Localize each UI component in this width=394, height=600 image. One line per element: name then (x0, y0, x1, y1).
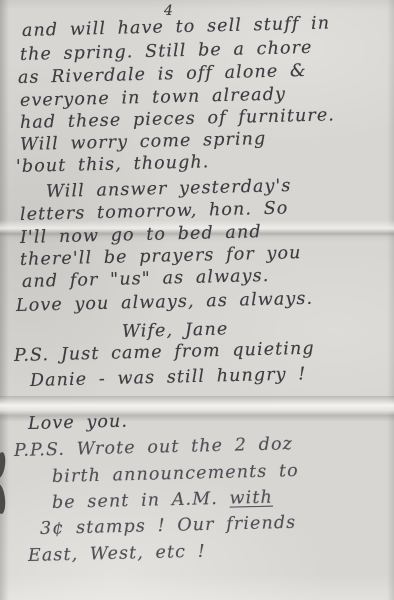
signature: Wife, Jane (122, 319, 229, 342)
letter-page: 4 and will have to sell stuff in the spr… (0, 0, 394, 600)
underlined-word: with (229, 488, 273, 509)
ps-line: Love you. (28, 412, 129, 434)
